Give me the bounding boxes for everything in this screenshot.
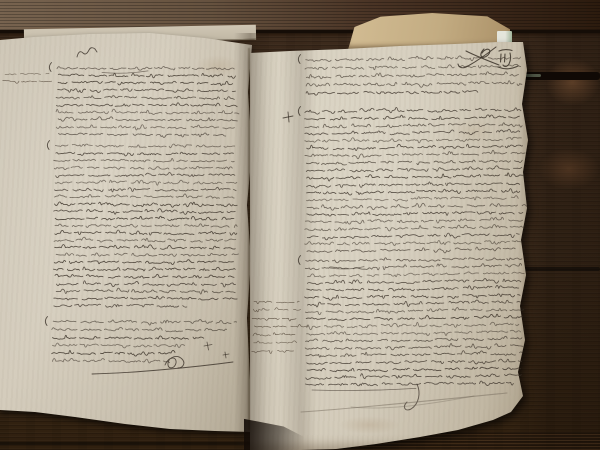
ink-stroke [306, 314, 522, 320]
ink-stroke [47, 141, 49, 150]
ink-stroke [298, 256, 300, 265]
ink-stroke [305, 241, 522, 246]
ink-stroke [55, 180, 237, 185]
ink-stroke [254, 325, 308, 328]
ink-stroke [306, 160, 522, 165]
handwriting-ink-layer [0, 0, 600, 450]
ink-stroke [53, 335, 204, 339]
ink-stroke [57, 103, 238, 107]
ink-stroke [54, 237, 236, 242]
left-page-handwriting [3, 48, 239, 374]
ink-stroke [307, 182, 520, 188]
ink-stroke [298, 55, 300, 64]
ink-stroke [252, 318, 296, 321]
ink-stroke [254, 301, 299, 303]
ink-stroke [305, 129, 520, 135]
ink-stroke [252, 350, 294, 353]
ink-stroke [58, 73, 235, 78]
ink-stroke [55, 245, 236, 250]
ink-stroke [53, 320, 236, 325]
ink-stroke [207, 342, 209, 350]
ink-stroke [306, 166, 521, 172]
ink-stroke [305, 217, 522, 224]
ink-stroke [307, 189, 520, 195]
ink-stroke [305, 64, 521, 69]
ink-stroke [298, 107, 300, 116]
ink-stroke [306, 90, 478, 95]
ink-stroke [52, 343, 184, 348]
ink-stroke [57, 66, 234, 70]
ink-stroke [56, 288, 235, 294]
ink-stroke [58, 117, 237, 121]
ink-stroke [505, 54, 506, 62]
ink-stroke [301, 393, 507, 412]
ink-stroke [305, 123, 522, 128]
ink-stroke [307, 285, 519, 291]
ink-stroke [307, 330, 521, 335]
ink-stroke [305, 294, 520, 300]
ink-stroke [77, 48, 97, 57]
ink-stroke [56, 96, 234, 100]
ink-stroke [102, 71, 148, 73]
ink-stroke [253, 333, 295, 336]
ink-stroke [92, 362, 233, 374]
ink-stroke [56, 125, 234, 130]
ink-stroke [305, 150, 525, 158]
ink-stroke [52, 358, 169, 362]
ink-stroke [305, 381, 513, 386]
ink-stroke [305, 137, 522, 142]
ink-stroke [3, 80, 52, 83]
ink-stroke [57, 281, 236, 287]
ink-stroke [54, 260, 233, 265]
ink-stroke [58, 81, 233, 85]
ink-stroke [307, 272, 524, 277]
ink-stroke [305, 225, 525, 231]
ink-stroke [223, 354, 229, 355]
ink-stroke [307, 322, 519, 329]
ink-stroke [55, 216, 234, 220]
ink-stroke [307, 196, 519, 201]
manuscript-photo-scene [0, 0, 600, 450]
ink-stroke [55, 274, 234, 278]
ink-stroke [306, 336, 522, 342]
ink-stroke [307, 279, 520, 285]
ink-stroke [56, 253, 238, 256]
ink-stroke [254, 341, 297, 343]
ink-stroke [305, 115, 520, 120]
ink-stroke [305, 107, 521, 114]
ink-stroke [55, 202, 238, 207]
ink-stroke [52, 327, 227, 331]
ink-stroke [253, 308, 300, 312]
ink-stroke [307, 144, 523, 150]
right-page-handwriting [252, 55, 527, 413]
ink-stroke [54, 296, 237, 300]
ink-stroke [288, 112, 289, 122]
ink-stroke [165, 356, 184, 368]
ink-stroke [307, 173, 523, 181]
ink-stroke [56, 152, 234, 156]
ink-stroke [307, 300, 520, 307]
ink-stroke [306, 374, 522, 380]
ink-stroke [307, 233, 519, 240]
ink-stroke [305, 344, 523, 350]
ink-stroke [501, 54, 502, 62]
ink-stroke [307, 359, 522, 364]
ink-stroke [307, 367, 520, 372]
ink-stroke [49, 63, 51, 72]
ink-stroke [56, 109, 239, 114]
ink-stroke [225, 352, 226, 358]
ink-stroke [54, 158, 235, 162]
ink-stroke [54, 209, 236, 215]
ink-stroke [52, 350, 175, 356]
ink-stroke [307, 203, 526, 210]
ink-stroke [45, 317, 47, 326]
ink-stroke [55, 144, 234, 148]
ink-stroke [58, 89, 236, 93]
ink-stroke [54, 304, 187, 307]
ink-stroke [59, 133, 226, 138]
ink-stroke [307, 247, 515, 253]
ink-stroke [5, 73, 49, 75]
ink-stroke [55, 187, 237, 192]
ink-stroke [54, 267, 236, 271]
ink-stroke [56, 173, 235, 178]
ink-stroke [499, 50, 512, 51]
ink-stroke [305, 308, 523, 315]
ink-stroke [306, 258, 522, 263]
ink-stroke [306, 81, 522, 88]
ink-stroke [55, 224, 237, 228]
ink-stroke [312, 388, 416, 390]
ink-stroke [306, 351, 523, 357]
ink-stroke [54, 166, 232, 169]
ink-stroke [307, 212, 523, 216]
ink-stroke [306, 72, 518, 79]
ink-stroke [55, 194, 235, 198]
ink-stroke [55, 230, 237, 235]
